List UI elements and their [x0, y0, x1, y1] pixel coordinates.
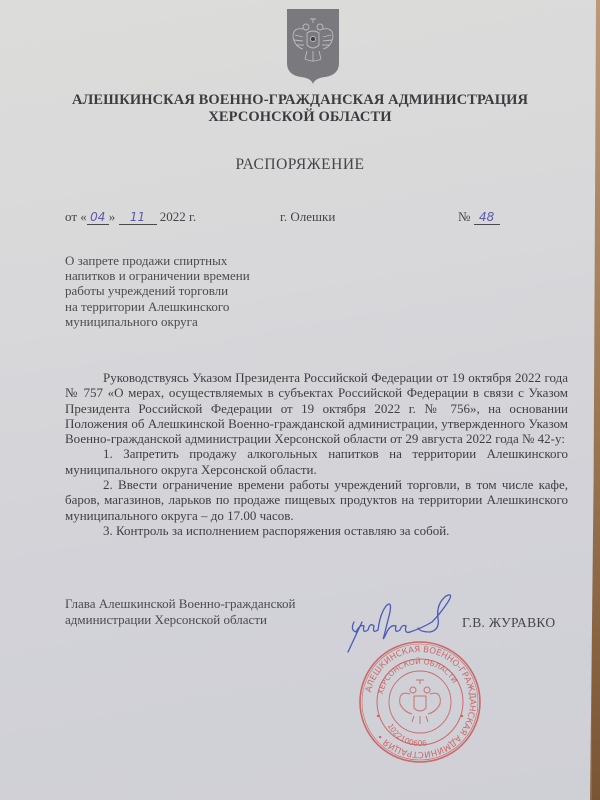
official-seal-icon: АЛЕШКИНСКАЯ ВОЕННО-ГРАЖДАНСКАЯ АДМИНИСТР… [358, 640, 482, 764]
preamble-paragraph: Руководствуясь Указом Президента Российс… [65, 370, 568, 446]
date-prefix: от « [65, 209, 87, 224]
signer-name: Г.В. ЖУРАВКО [462, 615, 555, 631]
org-title-line2: ХЕРСОНСКОЙ ОБЛАСТИ [40, 109, 560, 126]
order-item: 3. Контроль за исполнением распоряжения … [65, 523, 568, 538]
number-label: № [458, 209, 470, 224]
document-subject: О запрете продажи спиртных напитков и ог… [65, 253, 295, 329]
subject-line: на территории Алешкинского [65, 299, 295, 314]
signer-title-line2: администрации Херсонской области [65, 612, 295, 628]
number-value: 48 [474, 211, 500, 225]
document-date: от «04» 11 2022 г. [65, 209, 196, 225]
subject-line: О запрете продажи спиртных [65, 253, 295, 268]
organization-title: АЛЕШКИНСКАЯ ВОЕННО-ГРАЖДАНСКАЯ АДМИНИСТР… [40, 92, 560, 126]
subject-line: муниципального округа [65, 314, 295, 329]
org-title-line1: АЛЕШКИНСКАЯ ВОЕННО-ГРАЖДАНСКАЯ АДМИНИСТР… [40, 92, 560, 109]
subject-line: напитков и ограничении времени [65, 268, 295, 283]
order-item: 1. Запретить продажу алкогольных напитко… [65, 446, 568, 477]
coat-of-arms-icon [285, 7, 341, 85]
order-item: 2. Ввести ограничение времени работы учр… [65, 477, 568, 523]
date-day: 04 [87, 211, 109, 225]
document-number: № 48 [458, 209, 500, 225]
document-city: г. Олешки [280, 209, 335, 225]
subject-line: работы учреждений торговли [65, 283, 295, 298]
date-quote-close: » [109, 209, 116, 224]
date-year: 2022 г. [160, 209, 196, 224]
signer-title: Глава Алешкинской Военно-гражданской адм… [65, 596, 295, 628]
signer-title-line1: Глава Алешкинской Военно-гражданской [65, 596, 295, 612]
signature-icon [340, 588, 470, 658]
document-page: АЛЕШКИНСКАЯ ВОЕННО-ГРАЖДАНСКАЯ АДМИНИСТР… [0, 0, 596, 800]
date-month: 11 [119, 211, 157, 225]
order-items-list: 1. Запретить продажу алкогольных напитко… [65, 446, 568, 538]
document-type-heading: РАСПОРЯЖЕНИЕ [40, 156, 560, 174]
document-body: Руководствуясь Указом Президента Российс… [65, 370, 568, 538]
